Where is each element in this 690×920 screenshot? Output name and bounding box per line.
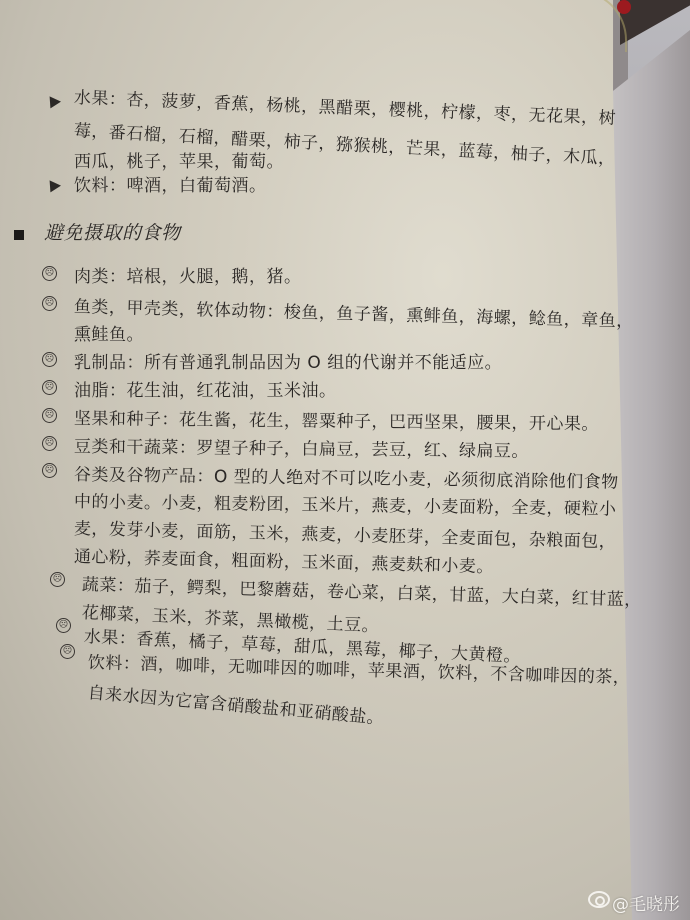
sad-face-icon: ☹ bbox=[42, 463, 57, 478]
sad-face-icon: ☹ bbox=[42, 408, 57, 423]
sad-face-icon: ☹ bbox=[42, 436, 57, 451]
arrow-bullet-icon bbox=[50, 96, 62, 109]
drink-line-1: 饮料：啤酒，白葡萄酒。 bbox=[74, 171, 267, 196]
watermark-text: @毛晓彤 bbox=[612, 895, 680, 915]
arrow-bullet-icon bbox=[50, 180, 62, 193]
avoid-meat: 肉类：培根，火腿，鹅，猪。 bbox=[74, 262, 302, 287]
avoid-dairy: 乳制品：所有普通乳制品因为 O 组的代谢并不能适应。 bbox=[74, 348, 502, 373]
sad-face-icon: ☹ bbox=[50, 572, 65, 587]
fruit-line-3: 西瓜，桃子，苹果，葡萄。 bbox=[74, 147, 284, 172]
section-square-bullet-icon bbox=[14, 230, 24, 240]
sad-face-icon: ☹ bbox=[42, 380, 57, 395]
page-content: 水果：杏，菠萝，香蕉，杨桃，黑醋栗，樱桃，柠檬，枣，无花果，树 莓，番石榴，石榴… bbox=[0, 0, 632, 920]
avoid-grains-line-2: 中的小麦。小麦，粗麦粉团，玉米片，燕麦，小麦面粉，全麦，硬粒小 bbox=[74, 487, 617, 520]
avoid-legumes: 豆类和干蔬菜：罗望子种子，白扁豆，芸豆，红、绿扁豆。 bbox=[74, 432, 529, 462]
watermark: @毛晓彤 bbox=[612, 890, 680, 915]
avoid-drinks-line-2: 自来水因为它富含硝酸盐和亚硝酸盐。 bbox=[87, 678, 386, 729]
avoid-oils: 油脂：花生油，红花油，玉米油。 bbox=[74, 376, 337, 401]
avoid-fish-line-1: 鱼类，甲壳类，软体动物：梭鱼，鱼子酱，熏鲱鱼，海螺，鲶鱼，章鱼， bbox=[74, 292, 634, 332]
sad-face-icon: ☹ bbox=[56, 618, 71, 633]
weibo-icon bbox=[588, 891, 610, 908]
avoid-fish-line-2: 熏鲑鱼。 bbox=[74, 320, 144, 345]
avoid-nuts: 坚果和种子：花生酱，花生，罂粟种子，巴西坚果，腰果，开心果。 bbox=[74, 404, 599, 434]
sad-face-icon: ☹ bbox=[42, 296, 57, 311]
sad-face-icon: ☹ bbox=[42, 352, 57, 367]
section-title: 避免摄取的食物 bbox=[44, 218, 181, 245]
sad-face-icon: ☹ bbox=[42, 266, 57, 281]
sad-face-icon: ☹ bbox=[60, 644, 75, 659]
